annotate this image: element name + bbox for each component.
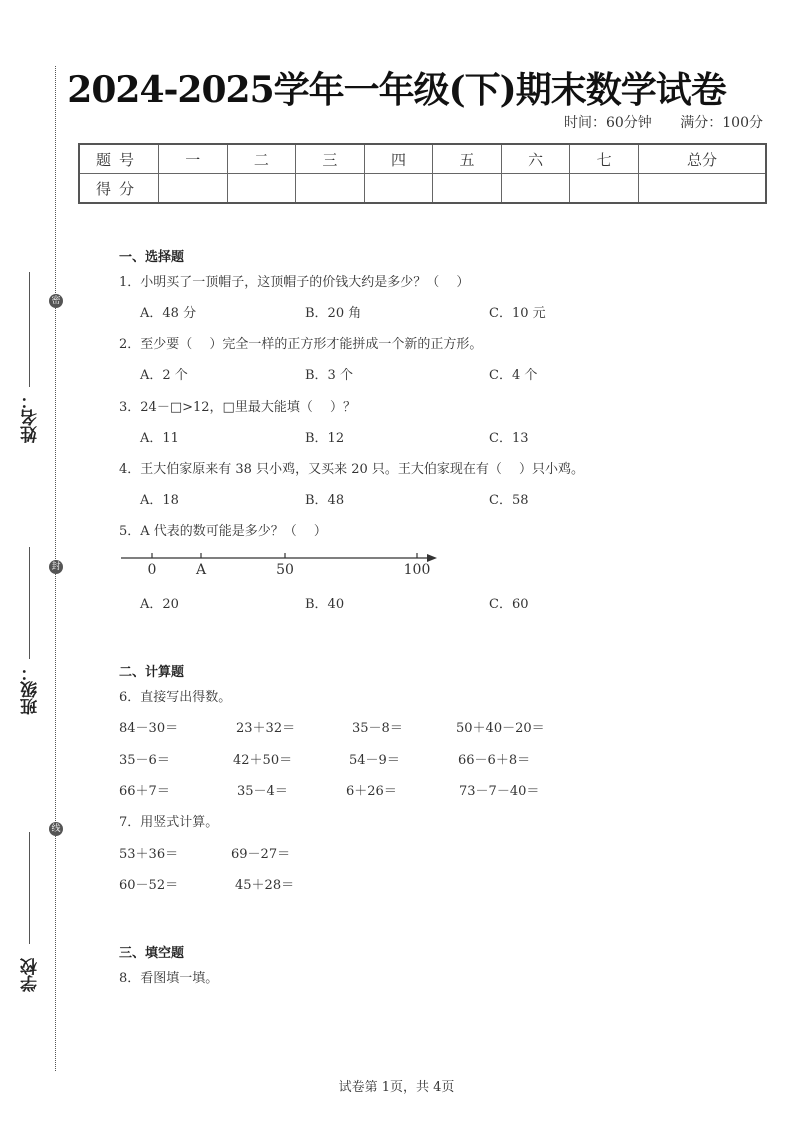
q6-expr: 35－8＝	[352, 717, 403, 736]
q4-option-a[interactable]: A．18	[140, 489, 179, 508]
number-line-label-100: 100	[404, 562, 431, 578]
q6-expr: 35－6＝	[119, 749, 170, 768]
seal-xian-icon: 线	[49, 822, 63, 836]
score-table: 题号 一 二 三 四 五 六 七 总分 得分	[78, 143, 767, 204]
name-blank-line[interactable]	[29, 272, 30, 387]
q2-option-b[interactable]: B．3 个	[305, 364, 353, 383]
score-table-score-row: 得分	[79, 174, 766, 204]
q7-expr: 69－27＝	[231, 843, 290, 862]
q7-expr: 53＋36＝	[119, 843, 178, 862]
score-table-header-row: 题号 一 二 三 四 五 六 七 总分	[79, 144, 766, 174]
col-1: 一	[159, 144, 228, 174]
page-footer: 试卷第 1页，共 4页	[0, 1076, 793, 1095]
q6-expr: 73－7－40＝	[459, 780, 539, 799]
row-label-question-number: 题号	[79, 144, 159, 174]
q5-option-c[interactable]: C．60	[489, 593, 529, 612]
q7-expr: 60－52＝	[119, 874, 178, 893]
q1-option-c[interactable]: C．10 元	[489, 302, 546, 321]
q6-expr: 50＋40－20＝	[456, 717, 545, 736]
q6-expr: 23＋32＝	[236, 717, 295, 736]
question-8: 8．看图填一填。	[119, 967, 218, 986]
q2-option-c[interactable]: C．4 个	[489, 364, 537, 383]
q6-expr: 66－6＋8＝	[458, 749, 530, 768]
col-total: 总分	[638, 144, 766, 174]
score-cell[interactable]	[638, 174, 766, 204]
exam-meta: 时间：60分钟 满分：100分	[540, 112, 763, 132]
score-cell[interactable]	[159, 174, 228, 204]
question-7: 7．用竖式计算。	[119, 811, 218, 830]
q5-option-b[interactable]: B．40	[305, 593, 344, 612]
q4-option-c[interactable]: C．58	[489, 489, 529, 508]
score-cell[interactable]	[227, 174, 296, 204]
col-5: 五	[433, 144, 502, 174]
full-score: 满分：100分	[680, 115, 763, 131]
q1-option-b[interactable]: B．20 角	[305, 302, 361, 321]
score-cell[interactable]	[296, 174, 365, 204]
row-label-score: 得分	[79, 174, 159, 204]
school-label: 学校	[18, 958, 43, 992]
q7-expr: 45＋28＝	[235, 874, 294, 893]
section-1-title: 一、选择题	[119, 246, 184, 265]
q6-expr: 35－4＝	[237, 780, 288, 799]
q3-option-a[interactable]: A．11	[140, 427, 179, 446]
score-cell[interactable]	[433, 174, 502, 204]
q3-option-b[interactable]: B．12	[305, 427, 344, 446]
q2-option-a[interactable]: A．2 个	[140, 364, 188, 383]
q5-option-a[interactable]: A．20	[140, 593, 179, 612]
q6-expr: 66＋7＝	[119, 780, 170, 799]
q6-expr: 84－30＝	[119, 717, 178, 736]
page-title: 2024-2025学年一年级(下)期末数学试卷	[0, 62, 793, 113]
col-3: 三	[296, 144, 365, 174]
section-3-title: 三、填空题	[119, 942, 184, 961]
score-cell[interactable]	[501, 174, 570, 204]
question-5: 5．A 代表的数可能是多少？（ ）	[119, 520, 327, 539]
col-4: 四	[364, 144, 433, 174]
question-2: 2．至少要（ ）完全一样的正方形才能拼成一个新的正方形。	[119, 333, 482, 352]
question-4: 4．王大伯家原来有 38 只小鸡，又买来 20 只。王大伯家现在有（ ）只小鸡。	[119, 458, 584, 477]
number-line-label-50: 50	[276, 562, 294, 578]
q1-option-a[interactable]: A．48 分	[140, 302, 196, 321]
col-6: 六	[501, 144, 570, 174]
score-cell[interactable]	[570, 174, 639, 204]
col-2: 二	[227, 144, 296, 174]
q6-expr: 42＋50＝	[233, 749, 292, 768]
q3-option-c[interactable]: C．13	[489, 427, 529, 446]
section-2-title: 二、计算题	[119, 661, 184, 680]
question-1: 1．小明买了一顶帽子，这顶帽子的价钱大约是多少？（ ）	[119, 271, 469, 290]
score-cell[interactable]	[364, 174, 433, 204]
class-blank-line[interactable]	[29, 547, 30, 659]
number-line-label-0: 0	[148, 562, 157, 578]
q6-expr: 6＋26＝	[346, 780, 397, 799]
school-blank-line[interactable]	[29, 832, 30, 944]
question-3: 3．24－□>12，□里最大能填（ ）？	[119, 396, 356, 415]
q4-option-b[interactable]: B．48	[305, 489, 344, 508]
seal-feng-icon: 封	[49, 560, 63, 574]
question-6: 6．直接写出得数。	[119, 686, 231, 705]
class-label: 班级：	[18, 664, 43, 715]
time-limit: 时间：60分钟	[564, 115, 652, 131]
number-line-label-a: A	[196, 562, 206, 578]
seal-mi-icon: 密	[49, 294, 63, 308]
col-7: 七	[570, 144, 639, 174]
q6-expr: 54－9＝	[349, 749, 400, 768]
name-label: 姓名：	[18, 392, 43, 443]
